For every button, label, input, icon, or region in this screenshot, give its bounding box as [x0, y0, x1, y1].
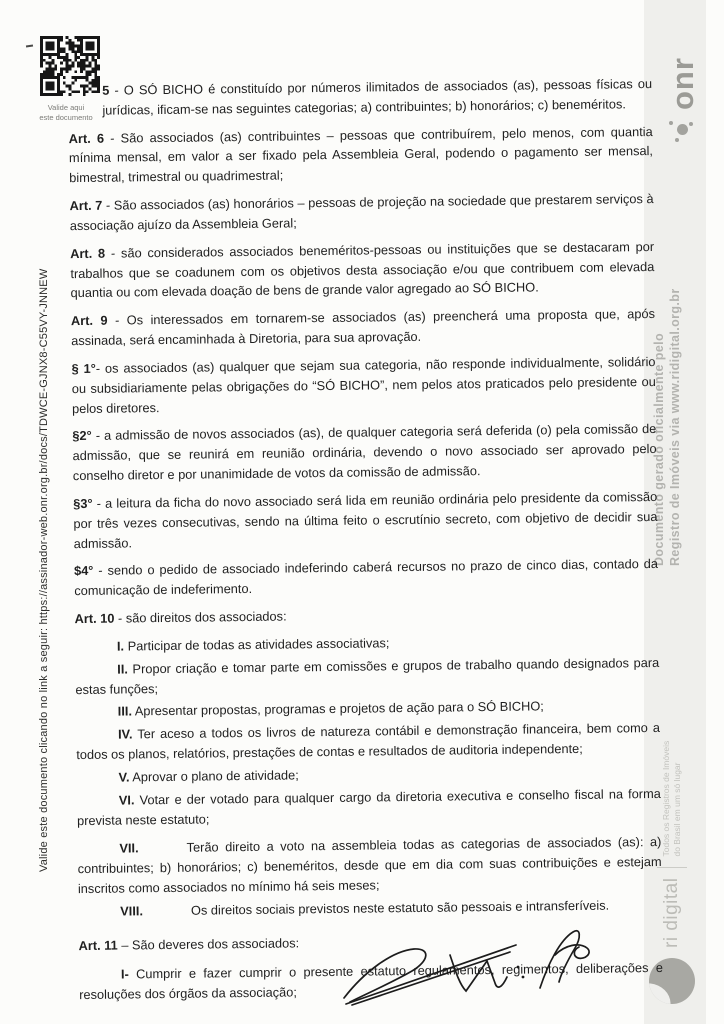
signature-left: [344, 945, 524, 1005]
validation-text: Valide este documento clicando no link a…: [38, 625, 50, 872]
list-item-vi: VI. Votar e der votado para qualquer car…: [77, 784, 661, 831]
article-label: 5: [102, 83, 109, 98]
section-label: $4°: [74, 563, 94, 578]
article-label: Art. 11: [79, 937, 118, 952]
onr-logo-text: onr: [667, 57, 698, 110]
paragraph-s1: § 1°- os associados (as) qualquer que se…: [71, 352, 656, 419]
validation-link[interactable]: https://assinador-web.onr.org.br/docs/TD…: [38, 269, 50, 625]
ridigital-tagline: Todos os Registros de Imóveis do Brasil …: [661, 741, 683, 857]
scan-tick-mark: [26, 45, 33, 48]
signatures: [330, 922, 590, 1012]
list-item-iv: IV. Ter aceso a todos os livros de natur…: [76, 718, 660, 765]
paragraph-art6: Art. 6 - São associados (as) contribuint…: [69, 122, 654, 189]
paragraph-s3: §3° - a leitura da ficha do novo associa…: [73, 487, 658, 554]
ridigital-brand: ri digital: [661, 878, 683, 948]
list-item-vii: VII.Terão direito a voto na assembleia t…: [77, 832, 662, 899]
onr-dots-icon: [669, 116, 695, 142]
list-item-viii: VIII.Os direitos sociais previstos neste…: [78, 895, 662, 922]
article-label: Art. 7: [69, 198, 102, 213]
paragraph-art9: Art. 9 - Os interessados em tornarem-se …: [71, 304, 655, 351]
paragraph-art8: Art. 8 - são considerados associados ben…: [70, 237, 655, 304]
paragraph-art10: Art. 10 - são direitos dos associados:: [74, 602, 658, 629]
left-margin-validation-text: Valide este documento clicando no link a…: [38, 172, 50, 872]
tab-spacer: [143, 915, 191, 916]
paragraph-s4: $4° - sendo o pedido de associado indefe…: [74, 554, 658, 601]
signature-right: [540, 931, 589, 988]
article-label: Art. 8: [70, 245, 105, 260]
qr-wrap-spacer: [68, 81, 103, 125]
scanned-document-page: Valide aqui este documento Valide este d…: [0, 0, 724, 1024]
section-label: §2°: [72, 428, 92, 443]
onr-logo: onr: [662, 22, 702, 142]
paragraph-s2: §2° - a admissão de novos associados (as…: [72, 419, 657, 486]
article-label: Art. 9: [71, 313, 108, 328]
paragraph-art5: 5 - O SÓ BICHO é constituído por números…: [68, 74, 652, 121]
statute-text-column: 5 - O SÓ BICHO é constituído por números…: [68, 74, 663, 1008]
article-label: Art. 6: [69, 130, 104, 145]
ridigital-tagline-line1: Todos os Registros de Imóveis: [661, 741, 672, 857]
stamp-line2: Registro de Imóveis via www.ridigital.or…: [667, 106, 683, 566]
list-item-ii: II. Propor criação e tomar parte em comi…: [75, 653, 659, 700]
section-label: §3°: [73, 496, 93, 511]
ridigital-tagline-line2: do Brasil em um só lugar: [672, 741, 683, 857]
section-label: § 1°: [71, 361, 95, 376]
article-label: Art. 10: [75, 611, 115, 626]
tab-spacer: [139, 852, 187, 853]
paragraph-art7: Art. 7 - São associados (as) honorários …: [69, 189, 653, 236]
